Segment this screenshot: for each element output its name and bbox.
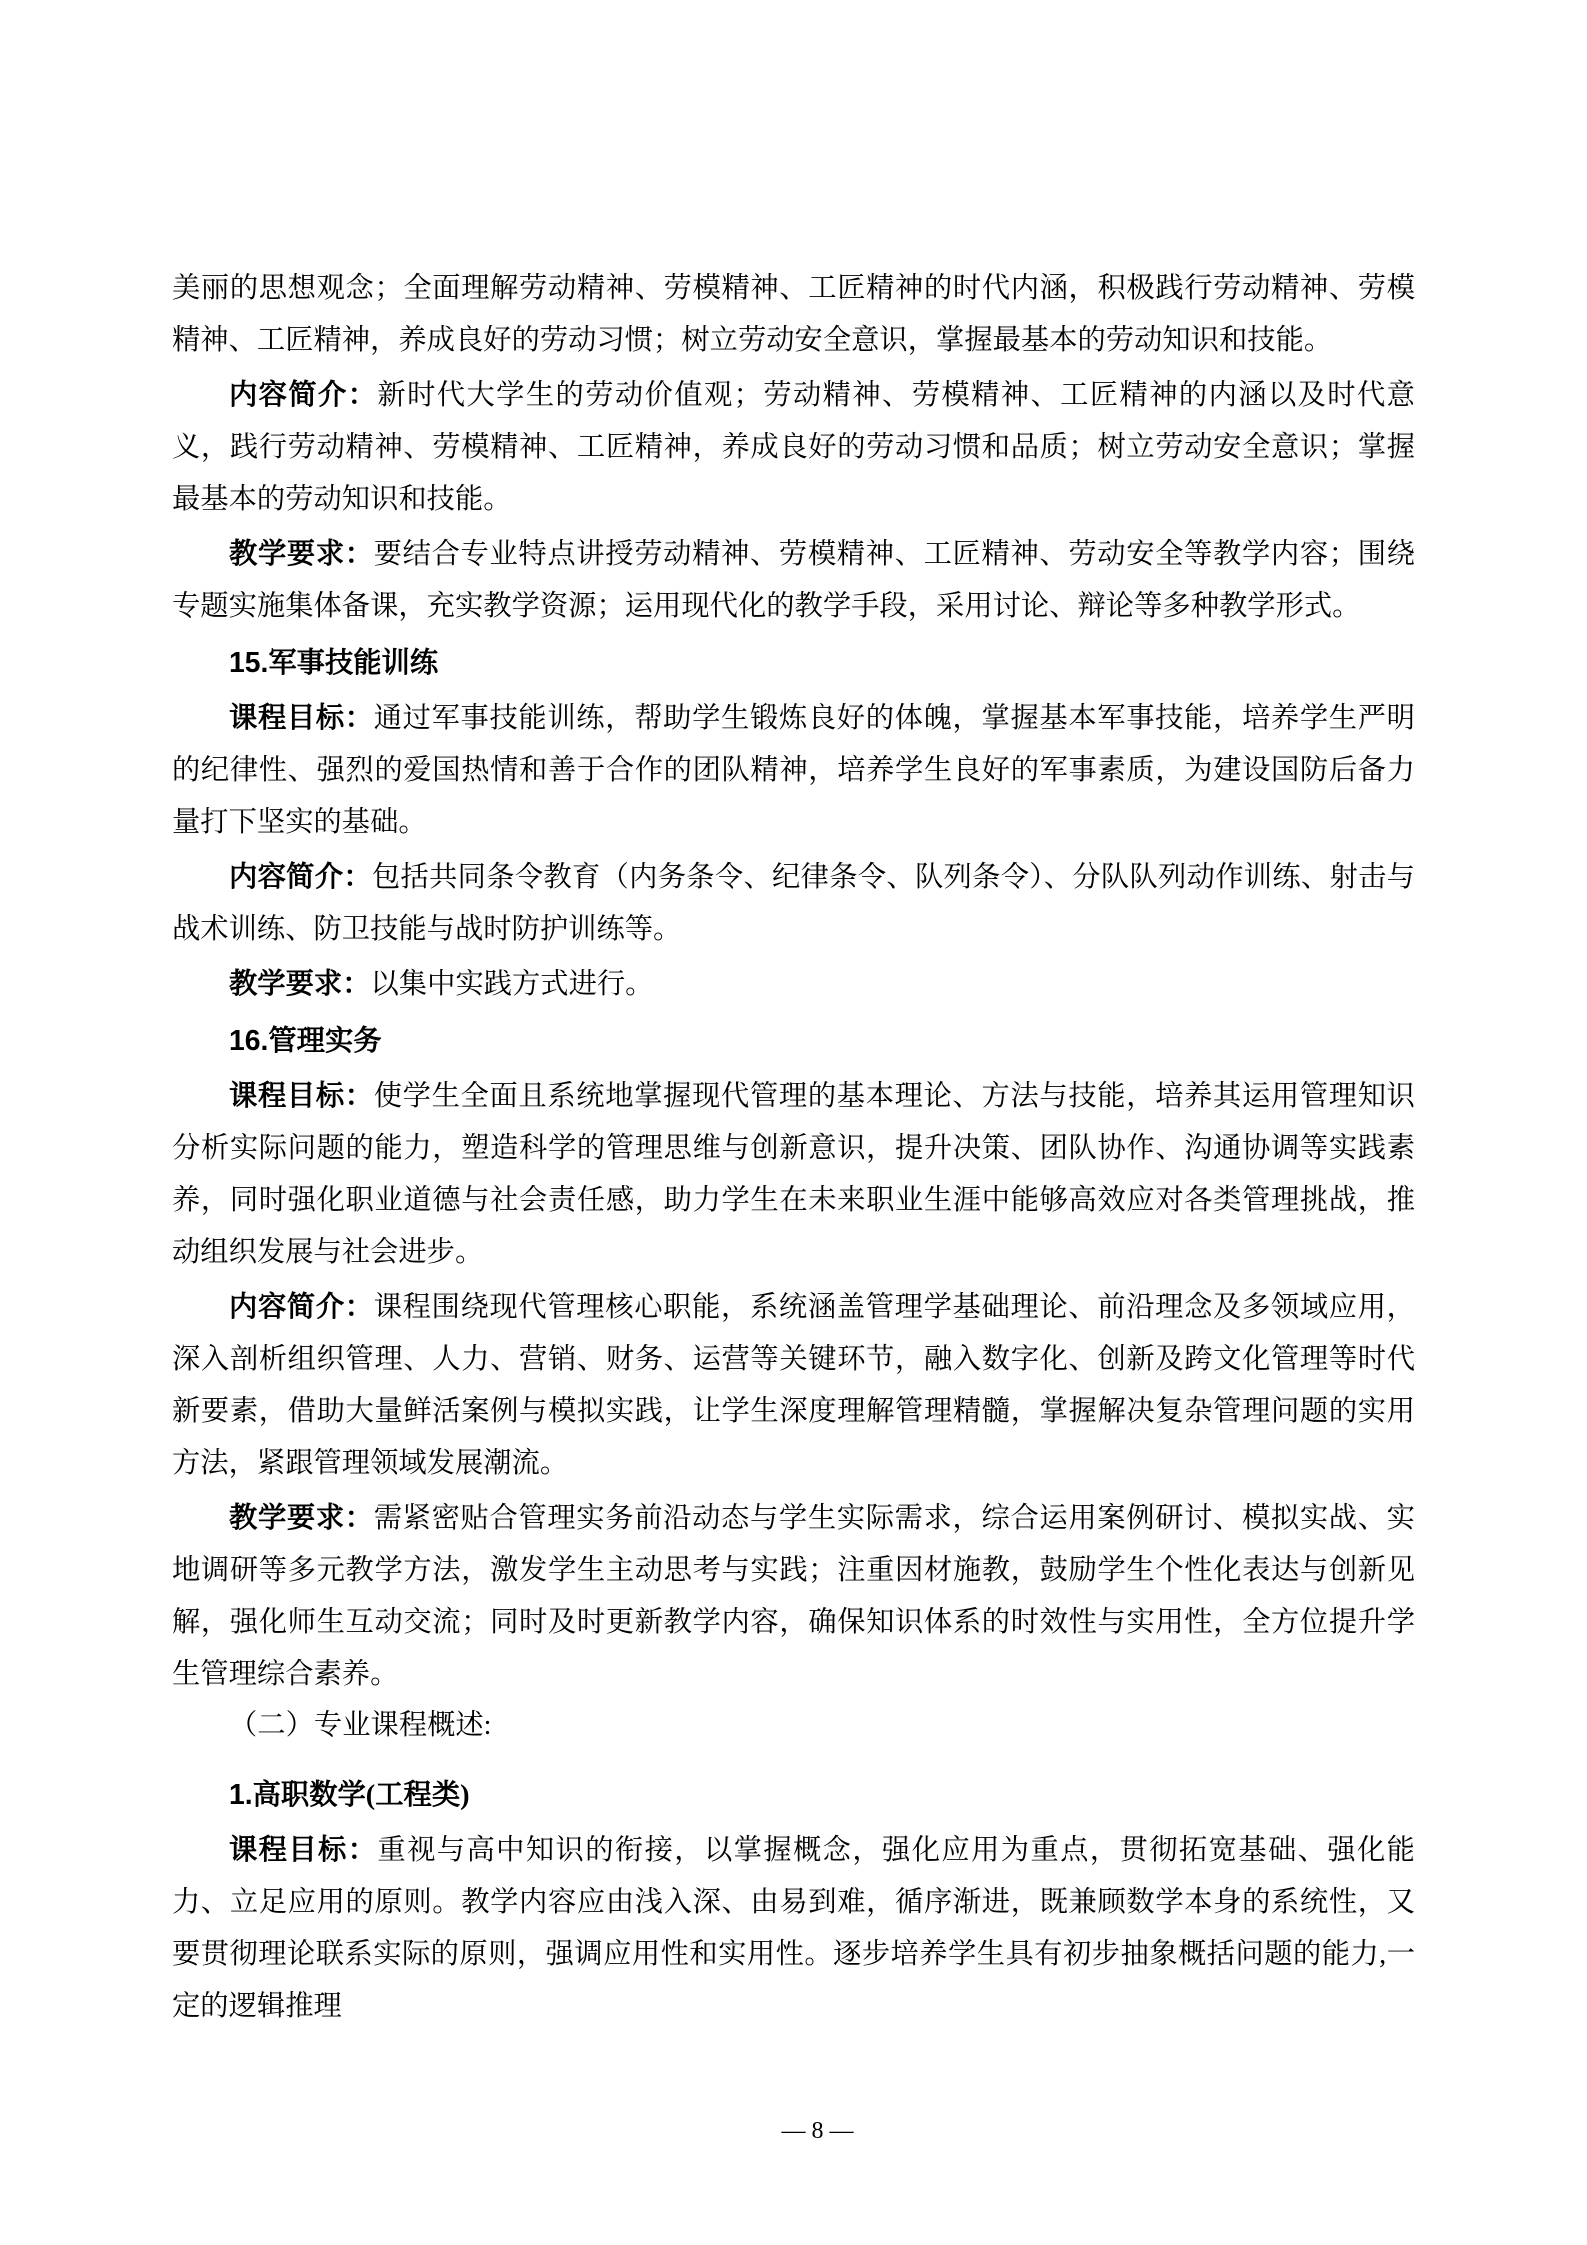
paragraph-label: 教学要求： [229,1503,374,1534]
paragraph-military-teaching-requirements: 教学要求：以集中实践方式进行。 [172,959,1415,1011]
heading-text: 高职数学(工程类) [253,1780,470,1811]
course-heading-16-management-practice: 16.管理实务 [172,1014,1415,1068]
paragraph-labor-content: 内容简介：新时代大学生的劳动价值观；劳动精神、劳模精神、工匠精神的内涵以及时代意… [172,370,1415,526]
page-number: — 8 — [24,2117,1587,2145]
paragraph-label: 课程目标： [229,1835,377,1866]
paragraph-military-goal: 课程目标：通过军事技能训练，帮助学生锻炼良好的体魄，掌握基本军事技能，培养学生严… [172,693,1415,849]
paragraph-label: 教学要求： [229,539,374,570]
paragraph-label: 课程目标： [229,703,374,734]
section-heading-professional-courses: （二）专业课程概述: [172,1704,1415,1748]
heading-number: 16. [229,1024,268,1056]
paragraph-management-teaching-requirements: 教学要求：需紧密贴合管理实务前沿动态与学生实际需求，综合运用案例研讨、模拟实战、… [172,1493,1415,1701]
heading-number: 1. [229,1778,253,1810]
heading-text: 军事技能训练 [268,648,438,679]
heading-text: 管理实务 [268,1026,381,1057]
paragraph-label: 内容简介： [229,862,372,893]
paragraph-label: 教学要求： [229,969,371,1000]
paragraph-label: 课程目标： [229,1081,374,1112]
document-page: 美丽的思想观念；全面理解劳动精神、劳模精神、工匠精神的时代内涵，积极践行劳动精神… [0,0,1587,2245]
paragraph-management-content: 内容简介：课程围绕现代管理核心职能，系统涵盖管理学基础理论、前沿理念及多领域应用… [172,1282,1415,1490]
paragraph-management-goal: 课程目标：使学生全面且系统地掌握现代管理的基本理论、方法与技能，培养其运用管理知… [172,1071,1415,1279]
paragraph-label: 内容简介： [229,1292,374,1323]
paragraph-text: 以集中实践方式进行。 [371,969,654,1000]
paragraph-label: 内容简介： [229,380,377,411]
section-heading-text: （二）专业课程概述: [229,1710,492,1741]
paragraph-military-content: 内容简介：包括共同条令教育（内务条令、纪律条令、队列条令）、分队队列动作训练、射… [172,852,1415,956]
paragraph-labor-teaching-requirements: 教学要求：要结合专业特点讲授劳动精神、劳模精神、工匠精神、劳动安全等教学内容；围… [172,529,1415,633]
heading-number: 15. [229,646,268,678]
paragraph-text: 美丽的思想观念；全面理解劳动精神、劳模精神、工匠精神的时代内涵，积极践行劳动精神… [172,273,1415,356]
course-heading-15-military-training: 15.军事技能训练 [172,636,1415,690]
document-body: 美丽的思想观念；全面理解劳动精神、劳模精神、工匠精神的时代内涵，积极践行劳动精神… [172,263,1415,2036]
paragraph-labor-goal-continuation: 美丽的思想观念；全面理解劳动精神、劳模精神、工匠精神的时代内涵，积极践行劳动精神… [172,263,1415,367]
paragraph-math-goal: 课程目标：重视与高中知识的衔接，以掌握概念，强化应用为重点，贯彻拓宽基础、强化能… [172,1825,1415,2033]
course-heading-1-vocational-math: 1.高职数学(工程类) [172,1768,1415,1822]
